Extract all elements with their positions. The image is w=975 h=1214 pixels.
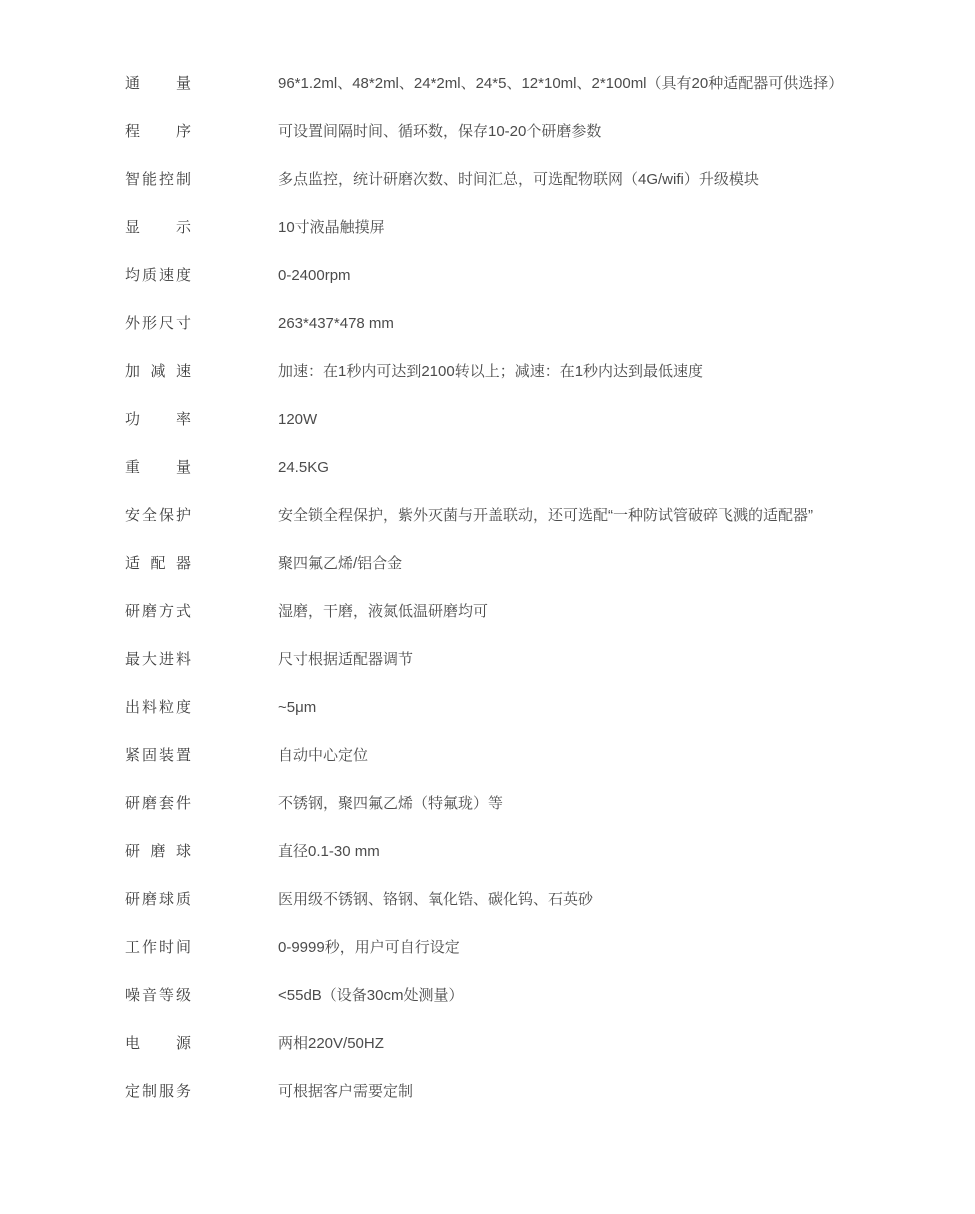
spec-label: 显示 <box>125 219 191 236</box>
spec-row: 通量 96*1.2ml、48*2ml、24*2ml、24*5、12*10ml、2… <box>125 75 935 123</box>
spec-label: 功率 <box>125 411 191 428</box>
spec-value: 120W <box>278 411 317 428</box>
spec-value: 湿磨，干磨，液氮低温研磨均可 <box>278 603 488 620</box>
spec-label: 研磨球质 <box>125 891 191 908</box>
spec-row: 定制服务 可根据客户需要定制 <box>125 1083 935 1131</box>
spec-value: 可设置间隔时间、循环数，保存10-20个研磨参数 <box>278 123 601 140</box>
spec-row: 研磨方式 湿磨，干磨，液氮低温研磨均可 <box>125 603 935 651</box>
spec-row: 程序 可设置间隔时间、循环数，保存10-20个研磨参数 <box>125 123 935 171</box>
spec-value: 0-2400rpm <box>278 267 351 284</box>
spec-value: 聚四氟乙烯/铝合金 <box>278 555 402 572</box>
spec-label: 工作时间 <box>125 939 191 956</box>
spec-value: ~5μm <box>278 699 316 716</box>
spec-row: 出料粒度 ~5μm <box>125 699 935 747</box>
spec-row: 均质速度 0-2400rpm <box>125 267 935 315</box>
spec-value: 0-9999秒，用户可自行设定 <box>278 939 460 956</box>
spec-label: 噪音等级 <box>125 987 191 1004</box>
spec-label: 紧固装置 <box>125 747 191 764</box>
spec-label: 研磨球 <box>125 843 191 860</box>
spec-label: 重量 <box>125 459 191 476</box>
spec-row: 紧固装置 自动中心定位 <box>125 747 935 795</box>
spec-label: 适配器 <box>125 555 191 572</box>
spec-table: 通量 96*1.2ml、48*2ml、24*2ml、24*5、12*10ml、2… <box>0 0 975 1131</box>
spec-value: 自动中心定位 <box>278 747 368 764</box>
spec-value: 尺寸根据适配器调节 <box>278 651 413 668</box>
spec-value: 两相220V/50HZ <box>278 1035 384 1052</box>
spec-row: 工作时间 0-9999秒，用户可自行设定 <box>125 939 935 987</box>
spec-label: 出料粒度 <box>125 699 191 716</box>
spec-value: 医用级不锈钢、铬钢、氧化锆、碳化钨、石英砂 <box>278 891 593 908</box>
spec-label: 程序 <box>125 123 191 140</box>
spec-value: 可根据客户需要定制 <box>278 1083 413 1100</box>
spec-row: 研磨套件 不锈钢，聚四氟乙烯（特氟珑）等 <box>125 795 935 843</box>
spec-label: 加减速 <box>125 363 191 380</box>
spec-value: 安全锁全程保护，紫外灭菌与开盖联动，还可选配“一种防试管破碎飞溅的适配器” <box>278 507 813 524</box>
spec-value: <55dB（设备30cm处测量） <box>278 987 463 1004</box>
spec-value: 263*437*478 mm <box>278 315 394 332</box>
spec-row: 研磨球 直径0.1-30 mm <box>125 843 935 891</box>
spec-row: 外形尺寸 263*437*478 mm <box>125 315 935 363</box>
spec-value: 加速：在1秒内可达到2100转以上；减速：在1秒内达到最低速度 <box>278 363 703 380</box>
spec-row: 加减速 加速：在1秒内可达到2100转以上；减速：在1秒内达到最低速度 <box>125 363 935 411</box>
spec-value: 96*1.2ml、48*2ml、24*2ml、24*5、12*10ml、2*10… <box>278 75 843 92</box>
spec-row: 噪音等级 <55dB（设备30cm处测量） <box>125 987 935 1035</box>
spec-label: 电源 <box>125 1035 191 1052</box>
spec-value: 不锈钢，聚四氟乙烯（特氟珑）等 <box>278 795 503 812</box>
spec-row: 最大进料 尺寸根据适配器调节 <box>125 651 935 699</box>
spec-value: 10寸液晶触摸屏 <box>278 219 385 236</box>
spec-row: 功率 120W <box>125 411 935 459</box>
spec-label: 外形尺寸 <box>125 315 191 332</box>
spec-row: 安全保护 安全锁全程保护，紫外灭菌与开盖联动，还可选配“一种防试管破碎飞溅的适配… <box>125 507 935 555</box>
spec-label: 均质速度 <box>125 267 191 284</box>
spec-label: 安全保护 <box>125 507 191 524</box>
spec-row: 电源 两相220V/50HZ <box>125 1035 935 1083</box>
spec-row: 显示 10寸液晶触摸屏 <box>125 219 935 267</box>
spec-row: 智能控制 多点监控，统计研磨次数、时间汇总，可选配物联网（4G/wifi）升级模… <box>125 171 935 219</box>
spec-value: 24.5KG <box>278 459 329 476</box>
spec-row: 适配器 聚四氟乙烯/铝合金 <box>125 555 935 603</box>
spec-label: 定制服务 <box>125 1083 191 1100</box>
spec-value: 多点监控，统计研磨次数、时间汇总，可选配物联网（4G/wifi）升级模块 <box>278 171 759 188</box>
spec-label: 研磨方式 <box>125 603 191 620</box>
spec-value: 直径0.1-30 mm <box>278 843 380 860</box>
spec-label: 研磨套件 <box>125 795 191 812</box>
spec-row: 研磨球质 医用级不锈钢、铬钢、氧化锆、碳化钨、石英砂 <box>125 891 935 939</box>
spec-label: 最大进料 <box>125 651 191 668</box>
spec-row: 重量 24.5KG <box>125 459 935 507</box>
spec-label: 智能控制 <box>125 171 191 188</box>
spec-label: 通量 <box>125 75 191 92</box>
